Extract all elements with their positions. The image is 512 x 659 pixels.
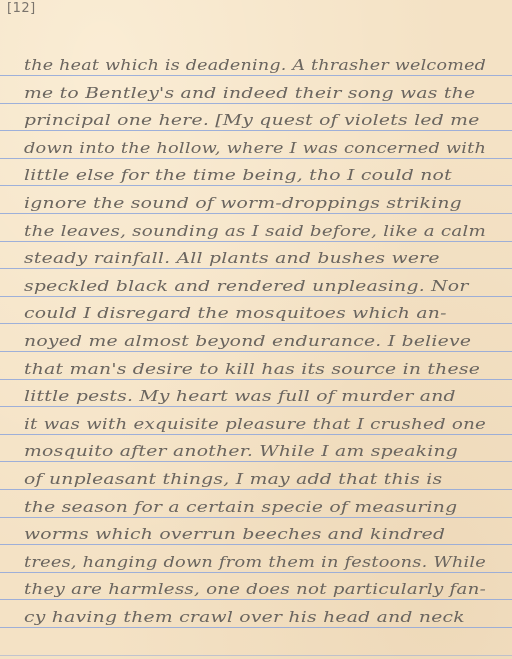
manuscript-line: speckled black and rendered unpleasing. … bbox=[24, 275, 496, 297]
manuscript-line: the leaves, sounding as I said before, l… bbox=[24, 220, 496, 242]
manuscript-line: could I disregard the mosquitoes which a… bbox=[24, 302, 496, 324]
manuscript-line: they are harmless, one does not particul… bbox=[24, 578, 496, 600]
manuscript-line: me to Bentley's and indeed their song wa… bbox=[24, 82, 496, 104]
manuscript-line: it was with exquisite pleasure that I cr… bbox=[24, 413, 496, 435]
manuscript-line: worms which overrun beeches and kindred bbox=[24, 523, 496, 545]
manuscript-line: mosquito after another. While I am speak… bbox=[24, 440, 496, 462]
manuscript-page: [12] the heat which is deadening. A thra… bbox=[0, 0, 512, 659]
manuscript-line: the heat which is deadening. A thrasher … bbox=[24, 54, 496, 76]
manuscript-line: that man's desire to kill has its source… bbox=[24, 358, 496, 380]
manuscript-line: principal one here. [My quest of violets… bbox=[24, 109, 496, 131]
manuscript-line: the season for a certain specie of measu… bbox=[24, 496, 496, 518]
manuscript-line: down into the hollow, where I was concer… bbox=[24, 137, 496, 159]
manuscript-line: of unpleasant things, I may add that thi… bbox=[24, 468, 496, 490]
manuscript-line: cy having them crawl over his head and n… bbox=[24, 606, 496, 628]
manuscript-line: ignore the sound of worm-droppings strik… bbox=[24, 192, 496, 214]
manuscript-line: trees, hanging down from them in festoon… bbox=[24, 551, 496, 573]
manuscript-line: little else for the time being, tho I co… bbox=[24, 164, 496, 186]
manuscript-line: little pests. My heart was full of murde… bbox=[24, 385, 496, 407]
ruled-line bbox=[0, 655, 512, 656]
manuscript-line: steady rainfall. All plants and bushes w… bbox=[24, 247, 496, 269]
manuscript-line: noyed me almost beyond endurance. I beli… bbox=[24, 330, 496, 352]
